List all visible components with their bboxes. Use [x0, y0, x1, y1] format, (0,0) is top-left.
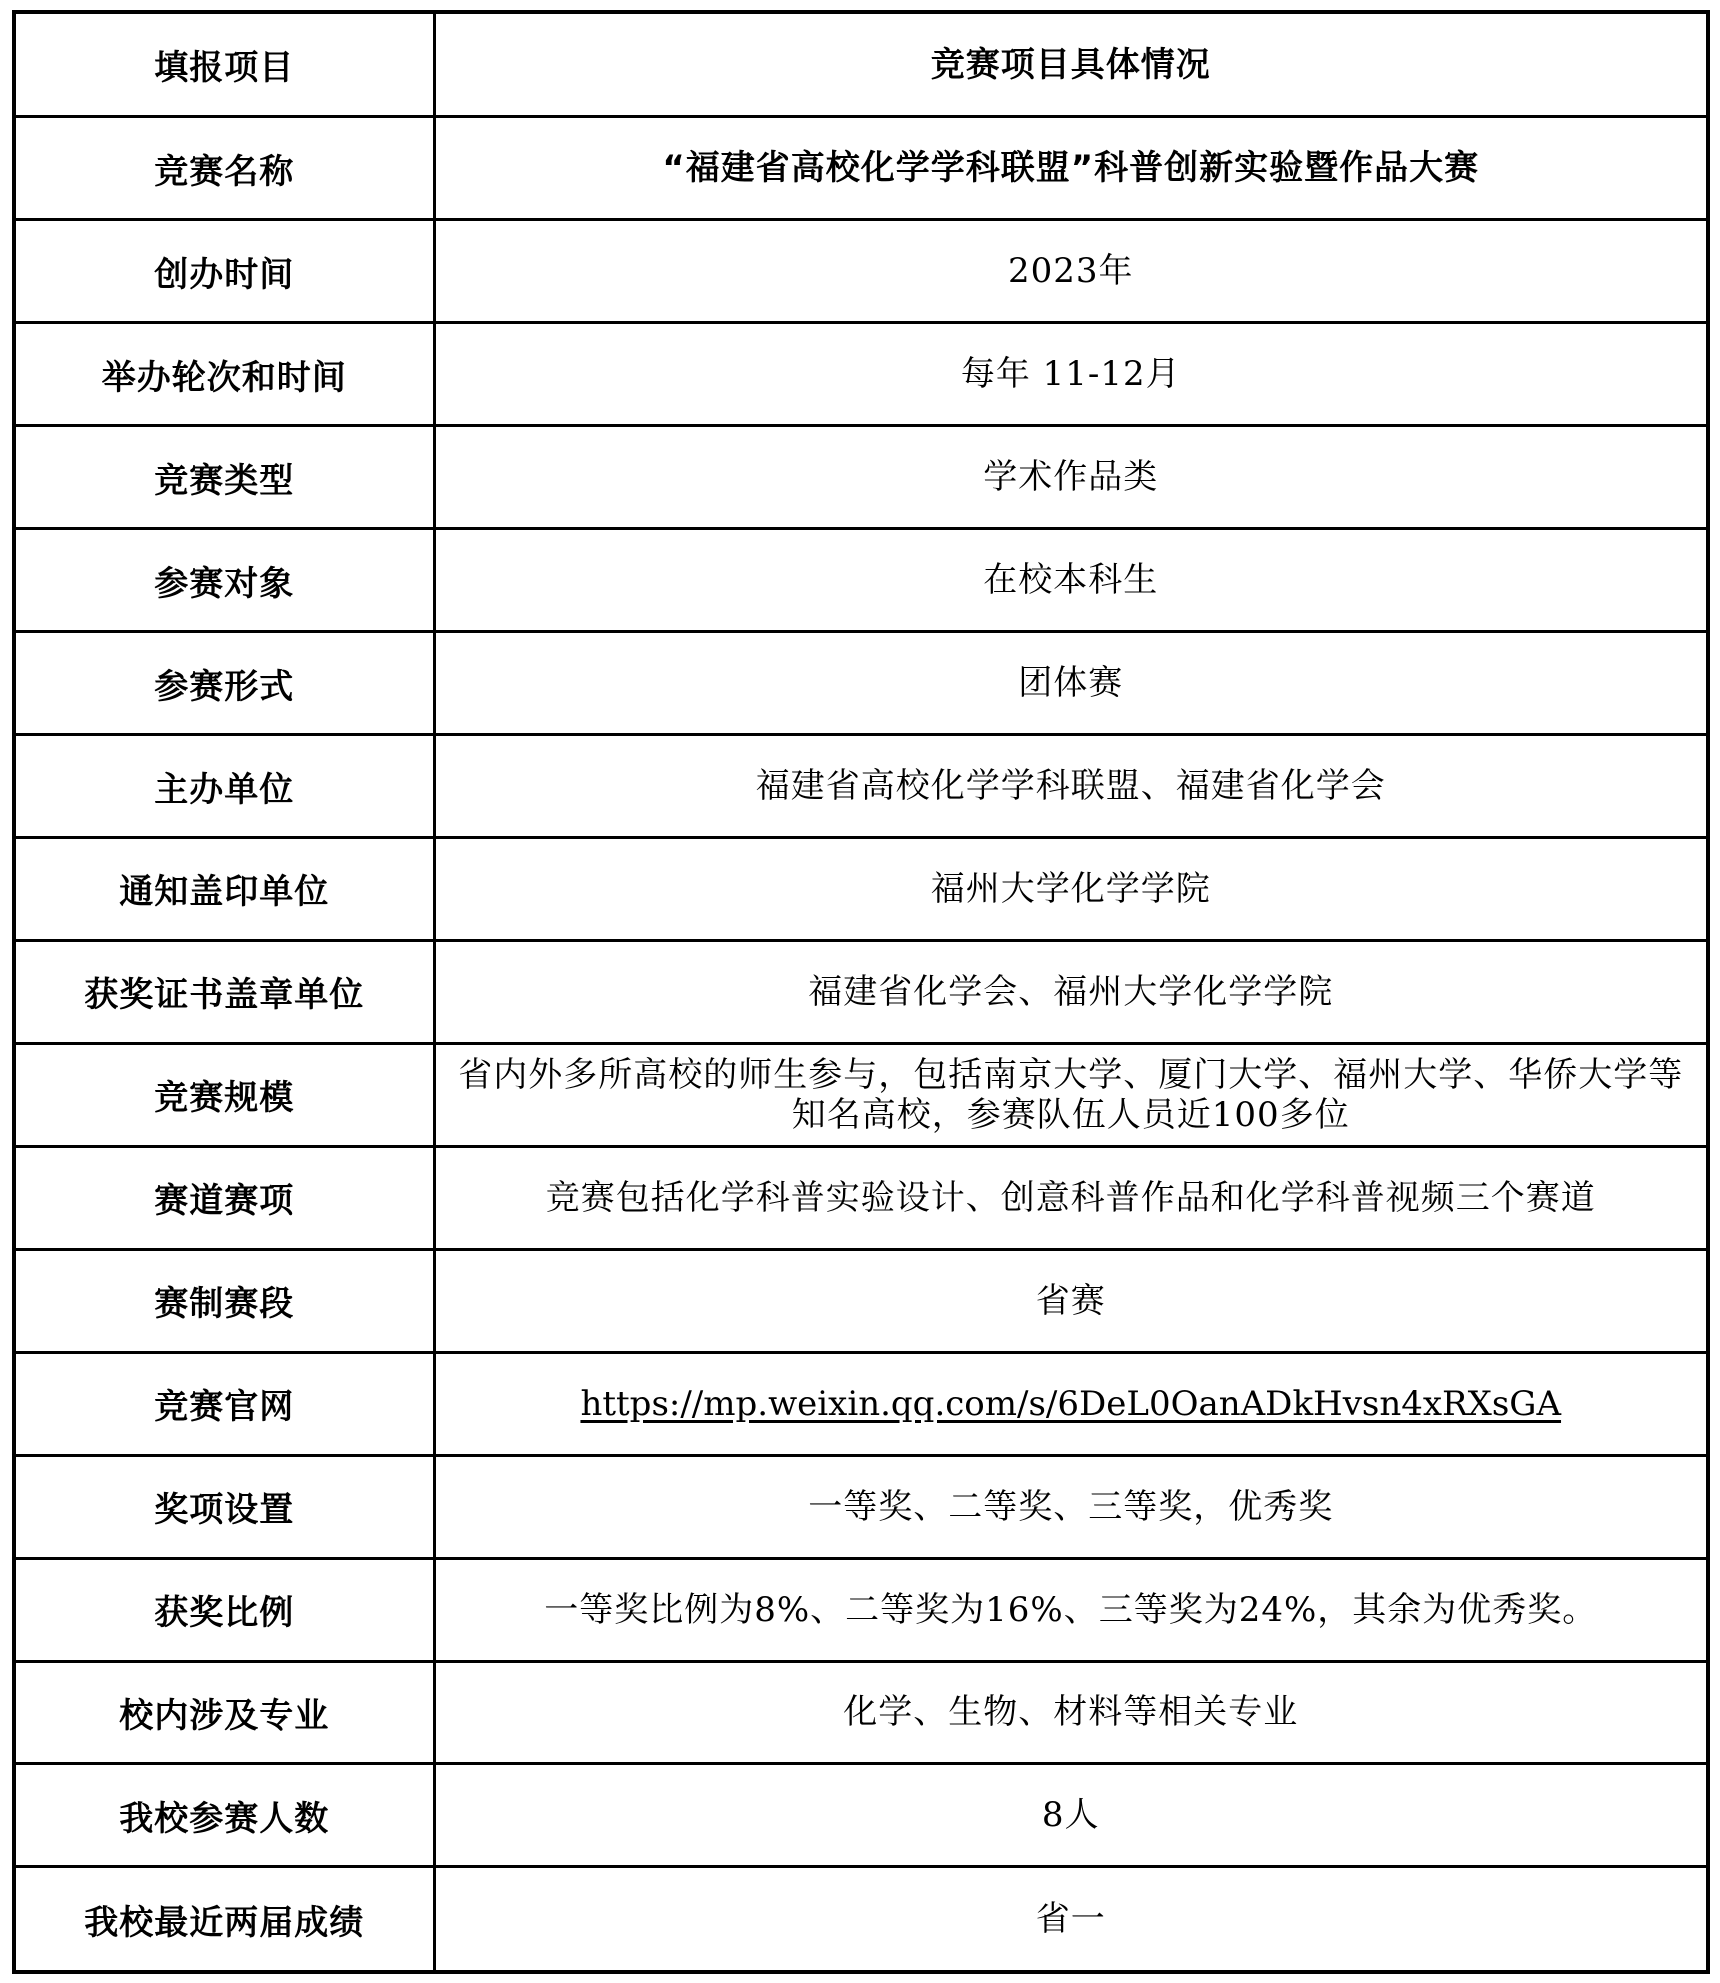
header-label: 填报项目: [154, 48, 294, 88]
row-label-cell: 奖项设置: [16, 1455, 434, 1558]
row-value: 学术作品类: [983, 457, 1158, 497]
row-label: 竞赛规模: [154, 1078, 294, 1118]
table-row-scale: 竞赛规模 省内外多所高校的师生参与，包括南京大学、厦门大学、福州大学、华侨大学等…: [16, 1043, 1706, 1146]
row-value-cell: 省赛: [434, 1249, 1706, 1352]
header-label-cell: 填报项目: [16, 14, 434, 117]
row-value: 2023年: [1008, 251, 1134, 291]
table-row-competition-type: 竞赛类型 学术作品类: [16, 426, 1706, 529]
row-value: 福建省化学会、福州大学化学学院: [808, 972, 1333, 1012]
row-value-cell: 一等奖比例为8%、二等奖为16%、三等奖为24%，其余为优秀奖。: [434, 1558, 1706, 1661]
row-value: 福建省高校化学学科联盟、福建省化学会: [756, 766, 1386, 806]
table-row-recent-results: 我校最近两届成绩 省一: [16, 1867, 1706, 1970]
table-row-awards: 奖项设置 一等奖、二等奖、三等奖，优秀奖: [16, 1455, 1706, 1558]
competition-name-value: “福建省高校化学学科联盟”科普创新实验暨作品大赛: [662, 148, 1479, 188]
row-value-cell: 省一: [434, 1867, 1706, 1970]
row-label-cell: 通知盖印单位: [16, 838, 434, 941]
row-label: 竞赛类型: [154, 461, 294, 501]
row-label: 举办轮次和时间: [102, 358, 347, 398]
row-label: 通知盖印单位: [119, 872, 329, 912]
row-label: 奖项设置: [154, 1490, 294, 1530]
row-label-cell: 赛制赛段: [16, 1249, 434, 1352]
table-row-organizer: 主办单位 福建省高校化学学科联盟、福建省化学会: [16, 735, 1706, 838]
row-label: 赛制赛段: [154, 1284, 294, 1324]
row-value: 竞赛包括化学科普实验设计、创意科普作品和化学科普视频三个赛道: [546, 1178, 1596, 1218]
row-label: 获奖比例: [154, 1593, 294, 1633]
table-row-stages: 赛制赛段 省赛: [16, 1249, 1706, 1352]
table-row-founded-time: 创办时间 2023年: [16, 220, 1706, 323]
row-label: 竞赛官网: [154, 1387, 294, 1427]
row-label-cell: 竞赛规模: [16, 1043, 434, 1146]
table-row-official-site: 竞赛官网 https://mp.weixin.qq.com/s/6DeL0Oan…: [16, 1352, 1706, 1455]
row-label-cell: 获奖证书盖章单位: [16, 940, 434, 1043]
row-label: 获奖证书盖章单位: [84, 975, 364, 1015]
row-value-cell: 省内外多所高校的师生参与，包括南京大学、厦门大学、福州大学、华侨大学等知名高校，…: [434, 1043, 1706, 1146]
row-label-cell: 竞赛官网: [16, 1352, 434, 1455]
row-label: 创办时间: [154, 255, 294, 295]
table-row-majors: 校内涉及专业 化学、生物、材料等相关专业: [16, 1661, 1706, 1764]
row-label: 我校最近两届成绩: [84, 1903, 364, 1943]
row-value: 在校本科生: [983, 560, 1158, 600]
row-value: 省赛: [1036, 1281, 1106, 1321]
row-value-cell: 8人: [434, 1764, 1706, 1867]
row-value: 化学、生物、材料等相关专业: [843, 1692, 1298, 1732]
table-row-tracks: 赛道赛项 竞赛包括化学科普实验设计、创意科普作品和化学科普视频三个赛道: [16, 1146, 1706, 1249]
row-label-cell: 竞赛名称: [16, 117, 434, 220]
row-label-cell: 我校最近两届成绩: [16, 1867, 434, 1970]
competition-info-table: 填报项目 竞赛项目具体情况 竞赛名称 “福建省高校化学学科联盟”科普创新实验暨作…: [16, 14, 1706, 1970]
row-value-cell: 在校本科生: [434, 529, 1706, 632]
row-value: 每年 11-12月: [961, 354, 1181, 394]
row-value-cell: 团体赛: [434, 632, 1706, 735]
row-value: 一等奖、二等奖、三等奖，优秀奖: [808, 1487, 1333, 1527]
row-label: 参赛对象: [154, 564, 294, 604]
row-label-cell: 主办单位: [16, 735, 434, 838]
table-row-schedule: 举办轮次和时间 每年 11-12月: [16, 323, 1706, 426]
header-value-cell: 竞赛项目具体情况: [434, 14, 1706, 117]
row-value-cell: https://mp.weixin.qq.com/s/6DeL0OanADkHv…: [434, 1352, 1706, 1455]
competition-info-sheet: 填报项目 竞赛项目具体情况 竞赛名称 “福建省高校化学学科联盟”科普创新实验暨作…: [12, 10, 1710, 1974]
row-value-cell: “福建省高校化学学科联盟”科普创新实验暨作品大赛: [434, 117, 1706, 220]
row-value: 一等奖比例为8%、二等奖为16%、三等奖为24%，其余为优秀奖。: [544, 1590, 1597, 1630]
header-value: 竞赛项目具体情况: [931, 45, 1211, 85]
row-label-cell: 赛道赛项: [16, 1146, 434, 1249]
row-value-cell: 福州大学化学学院: [434, 838, 1706, 941]
row-value: 8人: [1042, 1795, 1100, 1835]
row-label: 竞赛名称: [154, 152, 294, 192]
table-row-certificate-seal-unit: 获奖证书盖章单位 福建省化学会、福州大学化学学院: [16, 940, 1706, 1043]
table-row-participants: 参赛对象 在校本科生: [16, 529, 1706, 632]
row-value-cell: 学术作品类: [434, 426, 1706, 529]
row-value: 团体赛: [1018, 663, 1123, 703]
table-row-format: 参赛形式 团体赛: [16, 632, 1706, 735]
row-label-cell: 创办时间: [16, 220, 434, 323]
row-label: 赛道赛项: [154, 1181, 294, 1221]
row-value-cell: 化学、生物、材料等相关专业: [434, 1661, 1706, 1764]
row-label: 我校参赛人数: [119, 1799, 329, 1839]
row-label-cell: 获奖比例: [16, 1558, 434, 1661]
row-label: 参赛形式: [154, 667, 294, 707]
table-row-notice-seal-unit: 通知盖印单位 福州大学化学学院: [16, 838, 1706, 941]
official-site-link[interactable]: https://mp.weixin.qq.com/s/6DeL0OanADkHv…: [580, 1384, 1561, 1424]
row-label-cell: 竞赛类型: [16, 426, 434, 529]
row-value-cell: 竞赛包括化学科普实验设计、创意科普作品和化学科普视频三个赛道: [434, 1146, 1706, 1249]
table-row-award-ratio: 获奖比例 一等奖比例为8%、二等奖为16%、三等奖为24%，其余为优秀奖。: [16, 1558, 1706, 1661]
row-value: 福州大学化学学院: [931, 869, 1211, 909]
row-value: 省内外多所高校的师生参与，包括南京大学、厦门大学、福州大学、华侨大学等知名高校，…: [458, 1055, 1683, 1135]
row-label: 校内涉及专业: [119, 1696, 329, 1736]
row-value-cell: 福建省化学会、福州大学化学学院: [434, 940, 1706, 1043]
row-value-cell: 每年 11-12月: [434, 323, 1706, 426]
table-row-competition-name: 竞赛名称 “福建省高校化学学科联盟”科普创新实验暨作品大赛: [16, 117, 1706, 220]
row-value: 省一: [1036, 1899, 1106, 1939]
row-label-cell: 参赛对象: [16, 529, 434, 632]
row-label: 主办单位: [154, 770, 294, 810]
row-label-cell: 校内涉及专业: [16, 1661, 434, 1764]
table-row-school-participants: 我校参赛人数 8人: [16, 1764, 1706, 1867]
row-value-cell: 一等奖、二等奖、三等奖，优秀奖: [434, 1455, 1706, 1558]
row-label-cell: 参赛形式: [16, 632, 434, 735]
row-value-cell: 福建省高校化学学科联盟、福建省化学会: [434, 735, 1706, 838]
row-value-cell: 2023年: [434, 220, 1706, 323]
row-label-cell: 举办轮次和时间: [16, 323, 434, 426]
row-label-cell: 我校参赛人数: [16, 1764, 434, 1867]
table-header-row: 填报项目 竞赛项目具体情况: [16, 14, 1706, 117]
